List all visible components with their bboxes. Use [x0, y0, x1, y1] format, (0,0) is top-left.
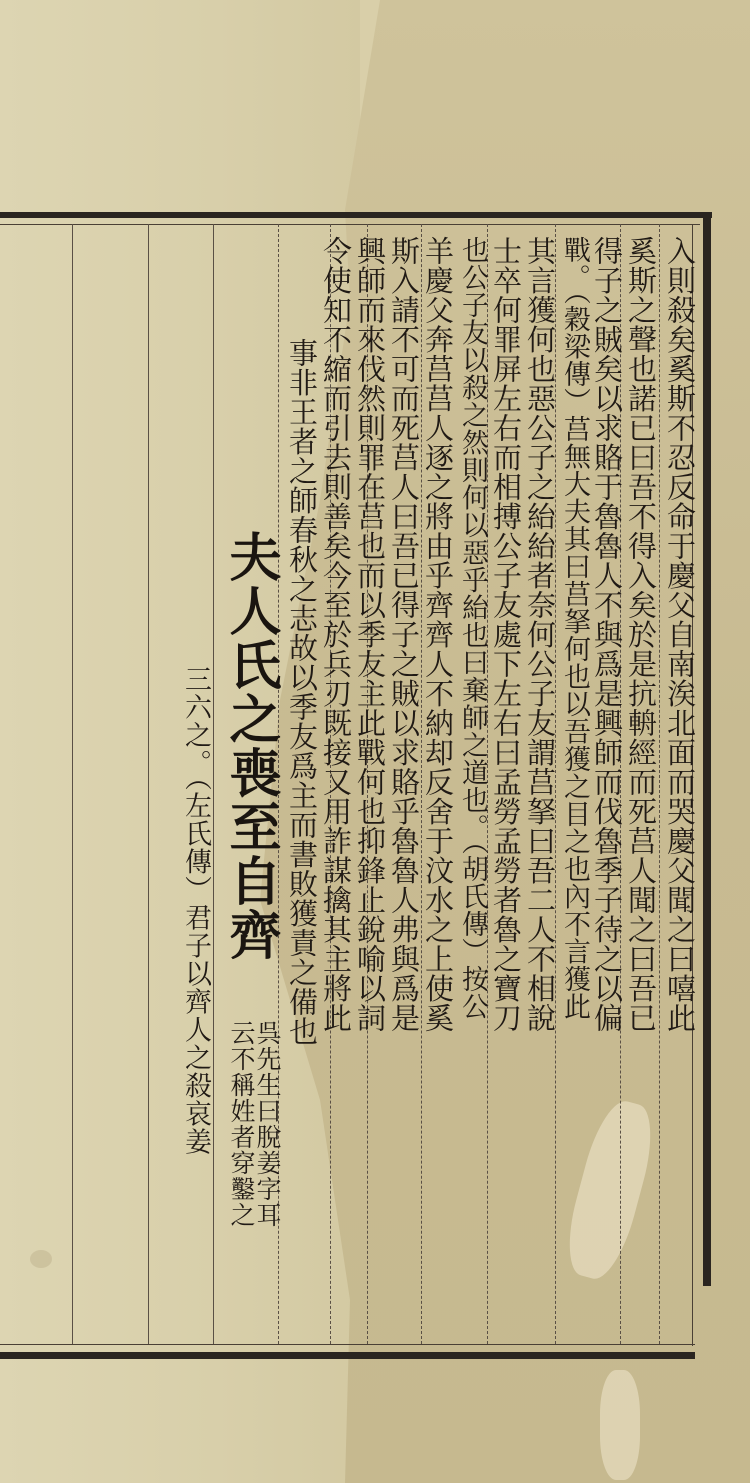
text-column-11: 令使知不縮而引去則善矣今至於兵刃既接又用詐謀擒其主將此: [319, 236, 353, 1033]
text-column-12: 事非王者之師春秋之志故以季友爲主而書敗獲責之備也: [285, 338, 319, 1046]
text-column-5: 其言獲何也惡公子之紿紿者奈何公子友謂莒拏曰吾二人不相說: [523, 236, 557, 1033]
frame-bottom-inner-line: [0, 1344, 695, 1345]
text-column-4: 戰。（穀梁傳）莒無大夫其曰莒拏何也以吾獲之目之也內不言獲此: [557, 236, 591, 1020]
frame-top-inner-line: [0, 224, 700, 225]
column-rule: [148, 224, 149, 1344]
text-column-9: 斯入請不可而死莒人曰吾已得子之賊以求賂乎魯魯人弗與爲是: [387, 236, 421, 1033]
column-rule: [659, 224, 661, 1344]
heading-annotation-right: 呉先生曰脫姜字耳: [258, 1020, 278, 1228]
frame-right-border: [703, 216, 711, 1286]
text-column-14: 三六之。（左氏傳）君子以齊人之殺哀姜: [180, 665, 210, 1156]
frame-top-border: [0, 212, 712, 218]
text-column-7: 也公子友以殺之然則何以惡乎紿也曰棄師之道也。（胡氏傳）按公: [455, 236, 489, 1020]
text-column-3: 得子之賊矣以求賂于魯魯人不與爲是興師而伐魯季子待之以偏: [590, 236, 624, 1033]
paper-stain: [30, 1250, 52, 1268]
column-rule: [213, 224, 214, 1344]
text-column-1: 入則殺矣奚斯不忍反命于慶父自南涘北面而哭慶父聞之曰嘻此: [663, 236, 697, 1033]
section-heading: 夫人氏之喪至自齊: [222, 530, 278, 962]
paper-tear: [600, 1370, 640, 1480]
text-column-6: 士卒何罪屏左右而相搏公子友處下左右曰孟勞孟勞者魯之寶刀: [489, 236, 523, 1033]
heading-annotation-left: 云不稱姓者穿鑿之: [232, 1020, 252, 1228]
text-column-10: 興師而來伐然則罪在莒也而以季友主此戰何也抑鋒止銳喻以詞: [353, 236, 387, 1033]
text-column-8: 羊慶父奔莒莒人逐之將由乎齊齊人不納却反舍于汶水之上使奚: [421, 236, 455, 1033]
text-column-2: 奚斯之聲也諾已曰吾不得入矣於是抗輈經而死莒人聞之曰吾已: [624, 236, 658, 1033]
column-rule: [72, 224, 73, 1344]
frame-bottom-border: [0, 1352, 695, 1359]
